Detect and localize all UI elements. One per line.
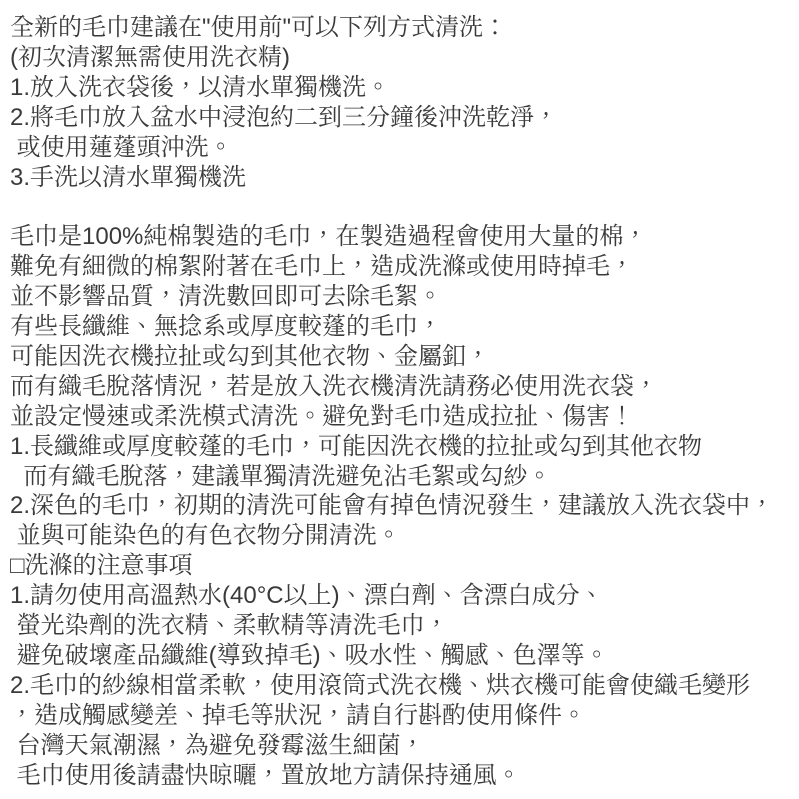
text-line: 3.手洗以清水單獨機洗 bbox=[10, 163, 793, 193]
text-line: 螢光染劑的洗衣精、柔軟精等清洗毛巾， bbox=[10, 611, 793, 641]
text-line: 2.毛巾的紗線相當柔軟，使用滾筒式洗衣機、烘衣機可能會使織毛變形 bbox=[10, 671, 793, 701]
text-line: 全新的毛巾建議在"使用前"可以下列方式清洗： bbox=[10, 13, 793, 43]
care-instructions-text: 全新的毛巾建議在"使用前"可以下列方式清洗：(初次清潔無需使用洗衣精)1.放入洗… bbox=[10, 13, 793, 791]
text-line: 或使用蓮蓬頭沖洗。 bbox=[10, 133, 793, 163]
text-line: 2.深色的毛巾，初期的清洗可能會有掉色情況發生，建議放入洗衣袋中， bbox=[10, 491, 793, 521]
text-line: 可能因洗衣機拉扯或勾到其他衣物、金屬釦， bbox=[10, 342, 793, 372]
text-line: (初次清潔無需使用洗衣精) bbox=[10, 43, 793, 73]
text-line bbox=[10, 192, 793, 222]
text-line: 並與可能染色的有色衣物分開清洗。 bbox=[10, 521, 793, 551]
text-line: 並不影響品質，清洗數回即可去除毛絮。 bbox=[10, 282, 793, 312]
towel-care-instructions-page: 全新的毛巾建議在"使用前"可以下列方式清洗：(初次清潔無需使用洗衣精)1.放入洗… bbox=[0, 0, 799, 799]
text-line: 毛巾是100%純棉製造的毛巾，在製造過程會使用大量的棉， bbox=[10, 222, 793, 252]
text-line: 1.長纖維或厚度較蓬的毛巾，可能因洗衣機的拉扯或勾到其他衣物 bbox=[10, 432, 793, 462]
text-line: 而有織毛脫落情況，若是放入洗衣機清洗請務必使用洗衣袋， bbox=[10, 372, 793, 402]
text-line: 並設定慢速或柔洗模式清洗。避免對毛巾造成拉扯、傷害！ bbox=[10, 402, 793, 432]
text-line: 難免有細微的棉絮附著在毛巾上，造成洗滌或使用時掉毛， bbox=[10, 252, 793, 282]
text-line: □洗滌的注意事項 bbox=[10, 551, 793, 581]
text-line: 而有織毛脫落，建議單獨清洗避免沾毛絮或勾紗。 bbox=[10, 462, 793, 492]
text-line: 避免破壞產品纖維(導致掉毛)、吸水性、觸感、色澤等。 bbox=[10, 641, 793, 671]
text-line: 2.將毛巾放入盆水中浸泡約二到三分鐘後沖洗乾淨， bbox=[10, 103, 793, 133]
text-line: 毛巾使用後請盡快晾曬，置放地方請保持通風。 bbox=[10, 761, 793, 791]
text-line: 1.放入洗衣袋後，以清水單獨機洗。 bbox=[10, 73, 793, 103]
text-line: 有些長纖維、無捻系或厚度較蓬的毛巾， bbox=[10, 312, 793, 342]
text-line: 1.請勿使用高溫熱水(40°C以上)、漂白劑、含漂白成分、 bbox=[10, 581, 793, 611]
text-line: 台灣天氣潮濕，為避免發霉滋生細菌， bbox=[10, 731, 793, 761]
text-line: ，造成觸感變差、掉毛等狀況，請自行斟酌使用條件。 bbox=[10, 701, 793, 731]
